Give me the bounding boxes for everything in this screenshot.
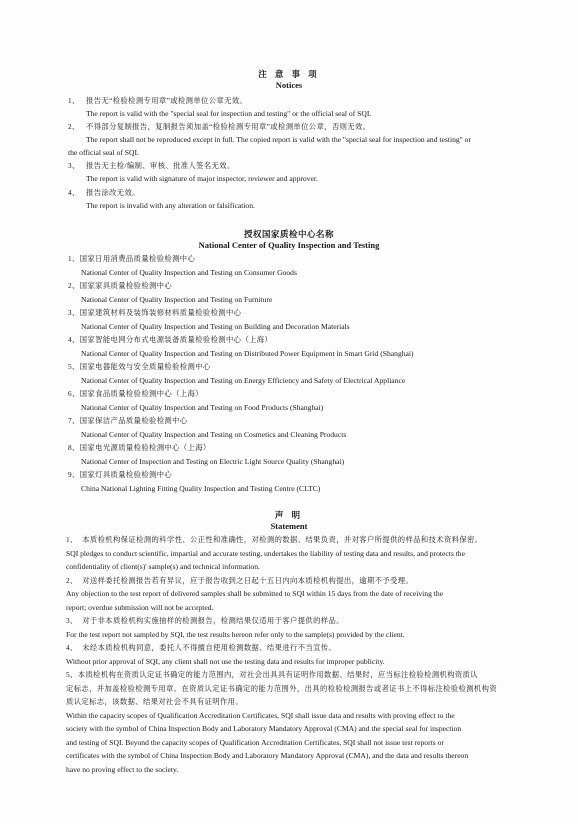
statement-4-cn: 4、 未经本质检机构同意，委托人不得擅自使用检测数据、结果进行不当宣传。 [66,643,336,653]
center-8-en: National Center of Inspection and Testin… [81,457,344,467]
notice-3-en: The report is valid with signature of ma… [86,174,318,184]
center-2-cn: 2、国家家具质量检验检测中心 [68,281,172,291]
center-8-cn: 8、国家电光源质量检验检测中心（上海） [68,443,211,453]
center-6-en: National Center of Quality Inspection an… [81,403,323,413]
notice-4-en: The report is invalid with any alteratio… [86,201,255,211]
statement-2-en: Any objection to the test report of deli… [66,589,443,599]
notice-2-en: The report shall not be reproduced excep… [86,135,471,145]
center-6-cn: 6、国家食品质量检验检测中心（上海） [68,389,203,399]
center-5-en: National Center of Quality Inspection an… [81,376,405,386]
statement-1-en-cont: confidentiality of client(s)' sample(s) … [66,562,260,572]
notice-3-cn: 报告无主检/编制、审核、批准人签名无效。 [86,161,235,171]
center-1-cn: 1、国家日用消费品质量检验检测中心 [68,254,195,264]
center-7-en: National Center of Quality Inspection an… [81,430,346,440]
statement-5-en-5: have no proving effect to the society. [66,765,178,775]
center-3-en: National Center of Quality Inspection an… [81,322,350,332]
center-9-cn: 9、国家灯具质量检验检测中心 [68,470,172,480]
centers-title-en: National Center of Quality Inspection an… [0,240,578,250]
notice-4-cn: 报告涂改无效。 [86,188,140,198]
statement-4-en: Without prior approval of SQI, any clien… [66,657,385,667]
statement-5-cn-3: 质认定标志，该数据、结果对社会不具有证明作用。 [66,697,243,707]
notice-4-num: 4、 [68,188,80,198]
notices-title-cn: 注 意 事 项 [0,68,578,80]
center-7-cn: 7、国家保洁产品质量检验检测中心 [68,416,188,426]
center-5-cn: 5、国家电器能效与安全质量检验检测中心 [68,362,211,372]
notice-2-num: 2、 [68,122,80,132]
center-4-en: National Center of Quality Inspection an… [81,349,414,359]
statement-title-en: Statement [0,521,578,531]
notice-1-num: 1、 [68,96,80,106]
center-4-cn: 4、国家智能电网分布式电源装备质量检验检测中心（上海） [68,335,272,345]
statement-1-cn: 1、 本质检机构保证检测的科学性、公正性和准确性，对检测的数据、结果负责，并对客… [66,535,482,545]
statement-3-en: For the test report not sampled by SQI, … [66,630,405,640]
statement-5-en-3: and testing of SQI. Beyond the capacity … [66,738,444,748]
centers-title-cn: 授权国家质检中心名称 [0,228,578,240]
notice-2-cn: 不得部分复制报告，复制报告须加盖“检验检测专用章”或检测单位公章，否则无效。 [86,122,370,132]
center-3-cn: 3、国家建筑材料及装饰装修材料质量检验检测中心 [68,308,241,318]
notice-2-en-cont: the official seal of SQI. [68,148,139,158]
statement-2-cn: 2、 对送样委托检测报告若有异议，应于报告收到之日起十五日内向本质检机构提出，逾… [66,576,413,586]
statement-5-en-4: certificates with the symbol of China In… [66,751,468,761]
notices-title-en: Notices [0,80,578,90]
statement-5-en-1: Within the capacity scopes of Qualificat… [66,711,455,721]
center-9-en: China National Lighting Fitting Quality … [81,484,320,494]
document-page: 注 意 事 项 Notices 1、 报告无“检验检测专用章”或检测单位公章无效… [0,0,578,824]
statement-1-en: SQI pledges to conduct scientific, impar… [66,549,465,559]
notice-3-num: 3、 [68,161,80,171]
center-1-en: National Center of Quality Inspection an… [81,268,297,278]
statement-2-en-cont: report; overdue submission will not be a… [66,603,213,613]
statement-5-cn-2: 定标志，并加盖检验检测专用章。在资质认定证书确定的能力范围外，出具的检验检测报告… [66,684,497,694]
notice-1-en: The report is valid with the "special se… [86,109,371,119]
statement-5-cn: 5、本质检机构在资质认定证书确定的能力范围内，对社会出具具有证明作用数据、结果时… [66,670,478,680]
notice-1-cn: 报告无“检验检测专用章”或检测单位公章无效。 [86,96,247,106]
statement-title-cn: 声 明 [0,509,578,521]
statement-5-en-2: society with the symbol of China Inspect… [66,724,461,734]
statement-3-cn: 3、 对于非本质检机构实施抽样的检测报告，检测结果仅适用于客户提供的样品。 [66,616,344,626]
center-2-en: National Center of Quality Inspection an… [81,295,272,305]
